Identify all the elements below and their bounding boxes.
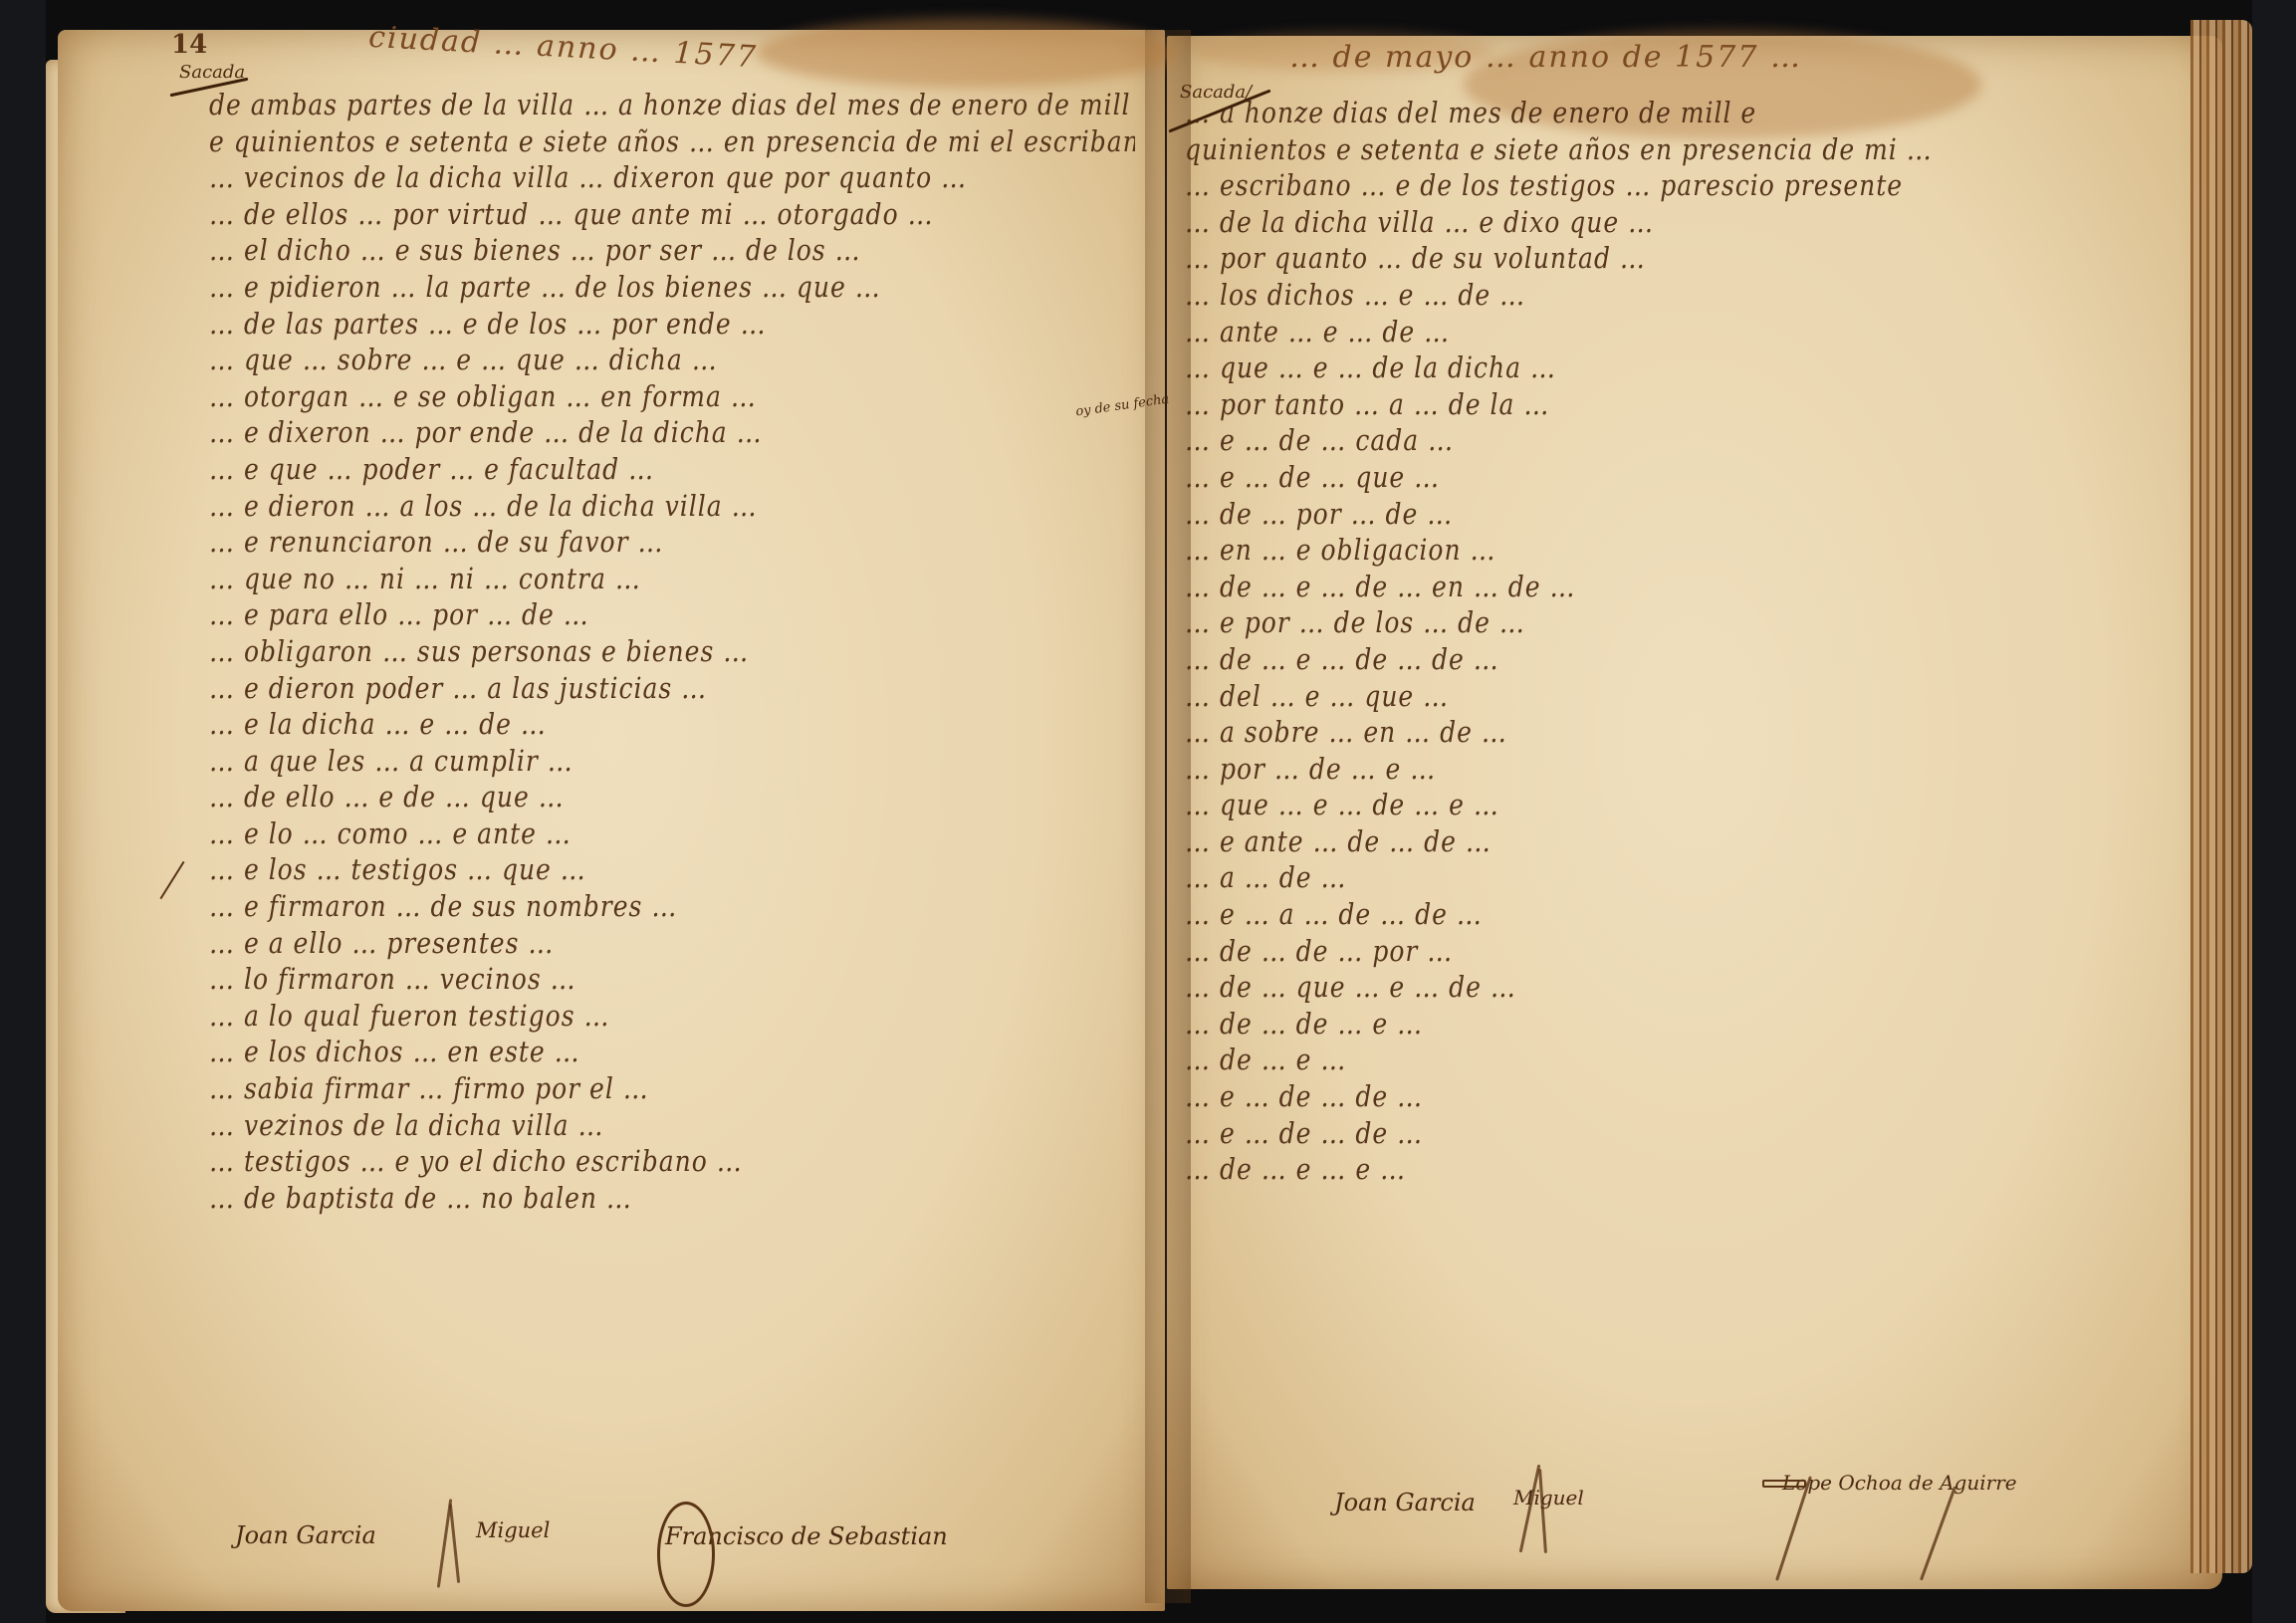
text-line: … por … de … e …: [1185, 752, 2181, 789]
signature-left-3: Francisco de Sebastian: [665, 1523, 948, 1549]
text-line: de ambas partes de la villa … a honze di…: [209, 88, 1135, 124]
text-line: … a sobre … en … de …: [1185, 715, 2181, 752]
text-line: … e dixeron … por ende … de la dicha …: [209, 415, 1135, 452]
text-line: … e lo … como … e ante …: [209, 816, 1135, 853]
water-stain-left-top: [757, 18, 1175, 88]
text-line: … sabia firmar … firmo por el …: [209, 1071, 1135, 1108]
text-line: … e a ello … presentes …: [209, 926, 1135, 963]
text-line: … de la dicha villa … e dixo que …: [1185, 205, 2181, 242]
text-line: … del … e … que …: [1185, 679, 2181, 716]
text-line: … los dichos … e … de …: [1185, 278, 2181, 315]
text-line: … de baptista de … no balen …: [209, 1181, 1135, 1218]
text-line: … e los … testigos … que …: [209, 852, 1135, 889]
right-page-text: … a honze dias del mes de enero de mill …: [1185, 96, 2181, 1189]
text-line: e quinientos e setenta e siete años … en…: [209, 124, 1135, 161]
text-line: … e … de … de …: [1185, 1079, 2181, 1116]
text-line: … que … e … de … e …: [1185, 788, 2181, 824]
text-line: … que no … ni … ni … contra …: [209, 562, 1135, 598]
page-edges-right: [2190, 20, 2252, 1573]
signature-left-2: Miguel: [476, 1518, 550, 1542]
text-line: … a … de …: [1185, 860, 2181, 897]
text-line: … de las partes … e de los … por ende …: [209, 307, 1135, 344]
signature-text: Lope Ochoa de Aguirre: [1782, 1471, 2017, 1495]
right-border-strip: [2252, 0, 2296, 1623]
text-line: … por tanto … a … de la …: [1185, 387, 2181, 424]
text-line: … e … a … de … de …: [1185, 897, 2181, 934]
text-line: … lo firmaron … vecinos …: [209, 962, 1135, 999]
text-line: … e los dichos … en este …: [209, 1035, 1135, 1071]
folio-number: 14: [171, 30, 207, 60]
text-line: … testigos … e yo el dicho escribano …: [209, 1144, 1135, 1181]
text-line: … e la dicha … e … de …: [209, 707, 1135, 744]
text-line: … a lo qual fueron testigos …: [209, 999, 1135, 1036]
text-line: … e dieron … a los … de la dicha villa …: [209, 489, 1135, 526]
text-line: … el dicho … e sus bienes … por ser … de…: [209, 233, 1135, 270]
text-line: … e renunciaron … de su favor …: [209, 525, 1135, 562]
text-line: … e … de … cada …: [1185, 423, 2181, 460]
text-line: … de … de … e …: [1185, 1007, 2181, 1043]
left-page-text: de ambas partes de la villa … a honze di…: [209, 88, 1135, 1217]
text-line: … de … e … e …: [1185, 1152, 2181, 1189]
text-line: … por quanto … de su voluntad …: [1185, 241, 2181, 278]
text-line: … de … que … e … de …: [1185, 970, 2181, 1007]
signature-left-1: Joan Garcia: [235, 1521, 376, 1549]
signature-right-2: Miguel: [1513, 1486, 1584, 1509]
text-line: … e dieron poder … a las justicias …: [209, 671, 1135, 708]
text-line: … e para ello … por … de …: [209, 597, 1135, 634]
signature-right-1: Joan Garcia: [1334, 1489, 1476, 1516]
text-line: … en … e obligacion …: [1185, 533, 2181, 570]
text-line: … de ellos … por virtud … que ante mi … …: [209, 197, 1135, 234]
text-line: … otorgan … e se obligan … en forma …: [209, 379, 1135, 416]
text-line: … e … de … de …: [1185, 1116, 2181, 1153]
signature-stroke: [1762, 1480, 1806, 1488]
text-line: … de … e …: [1185, 1043, 2181, 1079]
text-line: … e pidieron … la parte … de los bienes …: [209, 270, 1135, 307]
text-line: … a honze dias del mes de enero de mill …: [1185, 96, 2181, 132]
text-line: … de ello … e de … que …: [209, 780, 1135, 816]
right-page-header: … de mayo … anno de 1577 …: [1289, 40, 1802, 75]
text-line: … a que les … a cumplir …: [209, 744, 1135, 781]
text-line: … e que … poder … e facultad …: [209, 452, 1135, 489]
text-line: … escribano … e de los testigos … paresc…: [1185, 168, 2181, 205]
text-line: … que … sobre … e … que … dicha …: [209, 343, 1135, 379]
signature-loop: [657, 1502, 715, 1607]
text-line: … de … por … de …: [1185, 497, 2181, 534]
text-line: … obligaron … sus personas e bienes …: [209, 634, 1135, 671]
text-line: … e … de … que …: [1185, 460, 2181, 497]
text-line: … ante … e … de …: [1185, 315, 2181, 351]
text-line: … vecinos de la dicha villa … dixeron qu…: [209, 160, 1135, 197]
text-line: … de … e … de … en … de …: [1185, 570, 2181, 606]
text-line: … e firmaron … de sus nombres …: [209, 889, 1135, 926]
text-line: quinientos e setenta e siete años en pre…: [1185, 132, 2181, 169]
text-line: … vezinos de la dicha villa …: [209, 1108, 1135, 1145]
text-line: … e ante … de … de …: [1185, 824, 2181, 861]
text-line: … que … e … de la dicha …: [1185, 350, 2181, 387]
text-line: … e por … de los … de …: [1185, 605, 2181, 642]
left-border-strip: [0, 0, 46, 1623]
text-line: … de … de … por …: [1185, 934, 2181, 971]
text-line: … de … e … de … de …: [1185, 642, 2181, 679]
signature-right-3: Lope Ochoa de Aguirre: [1782, 1472, 2017, 1494]
